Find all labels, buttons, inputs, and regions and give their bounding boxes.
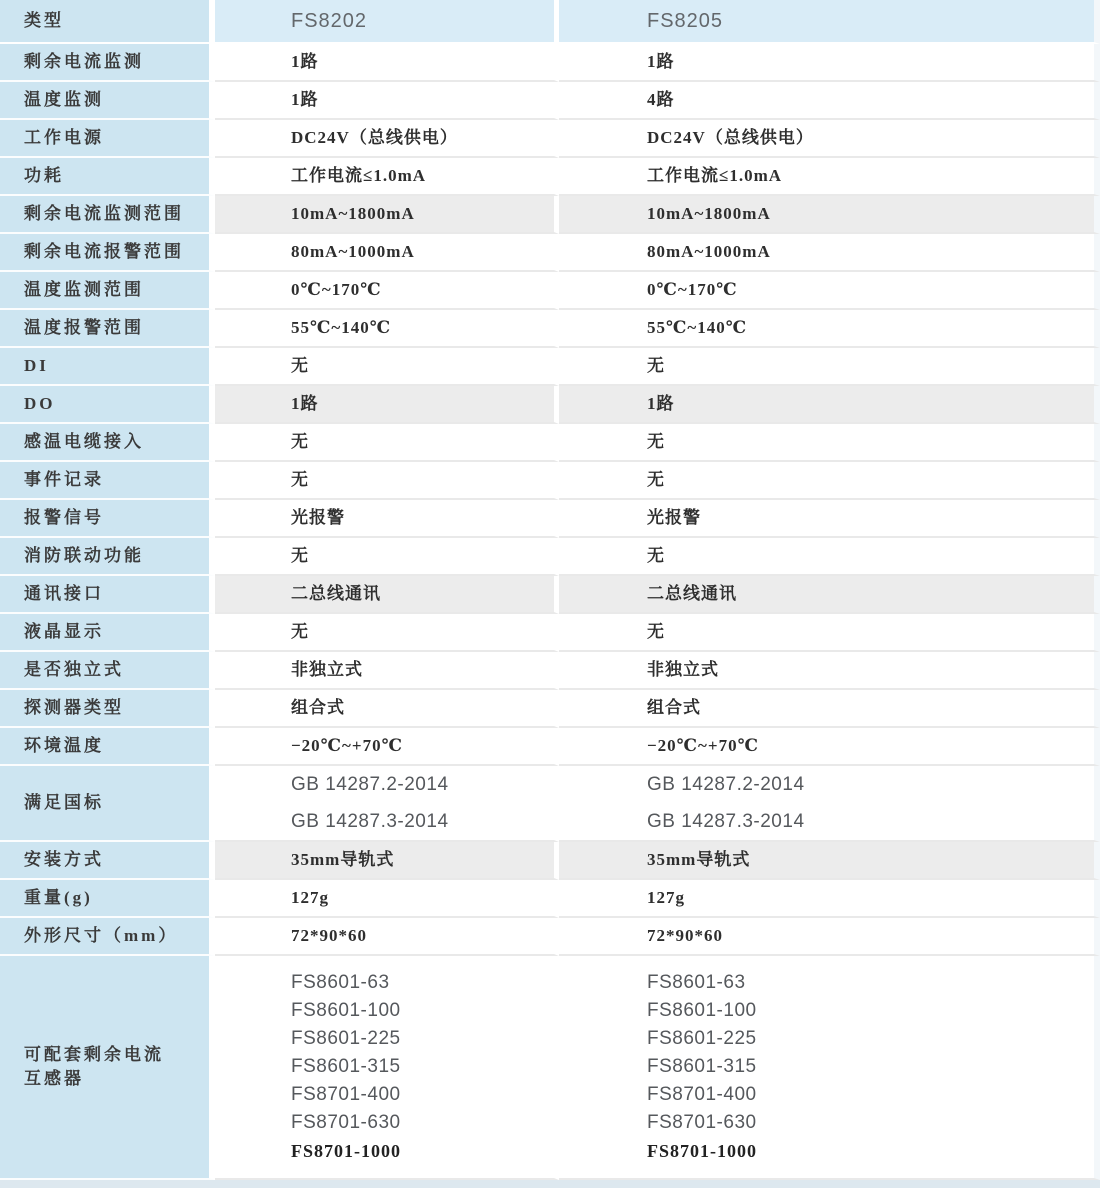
row-label-cell: 通讯接口: [0, 576, 215, 614]
row-label-cell: DI: [0, 348, 215, 386]
cell-fs8205: 72*90*60: [559, 918, 1100, 956]
value-line: 功耗: [24, 164, 209, 188]
value-line: 消防联动功能: [24, 544, 209, 568]
value-line: FS8701-1000: [291, 1137, 554, 1165]
row-label-cell: 液晶显示: [0, 614, 215, 652]
value-line: 无: [291, 544, 554, 568]
cell-fs8205: 非独立式: [559, 652, 1100, 690]
table-row: 温度报警范围55℃~140℃55℃~140℃: [0, 310, 1100, 348]
row-label-cell: 感温电缆接入: [0, 424, 215, 462]
row-label-cell: 消防联动功能: [0, 538, 215, 576]
value-line: 组合式: [647, 696, 1094, 720]
value-line: 探测器类型: [24, 696, 209, 720]
cell-fs8205: −20℃~+70℃: [559, 728, 1100, 766]
value-line: 可配套剩余电流: [24, 1043, 209, 1067]
value-line: 温度监测: [24, 88, 209, 112]
table-row: 探测器类型组合式组合式: [0, 690, 1100, 728]
cell-fs8202: 0℃~170℃: [215, 272, 559, 310]
header-type-cell: 类型: [0, 0, 215, 44]
row-label-cell: 剩余电流报警范围: [0, 234, 215, 272]
row-label-cell: 温度监测范围: [0, 272, 215, 310]
value-line: 二总线通讯: [647, 582, 1094, 606]
row-label-cell: 报警信号: [0, 500, 215, 538]
table-row: 安装方式35mm导轨式35mm导轨式: [0, 842, 1100, 880]
value-line: 1路: [647, 50, 1094, 74]
value-line: GB 14287.2-2014: [647, 766, 1094, 803]
table-row: 重量(g)127g127g: [0, 880, 1100, 918]
cell-fs8202: 1路: [215, 82, 559, 120]
row-label-cell: 探测器类型: [0, 690, 215, 728]
value-line: 无: [647, 354, 1094, 378]
cell-fs8205: 无: [559, 462, 1100, 500]
table-row: 报警信号光报警光报警: [0, 500, 1100, 538]
cell-fs8202: 二总线通讯: [215, 576, 559, 614]
value-line: 事件记录: [24, 468, 209, 492]
spec-table: 类型 FS8202 FS8205 剩余电流监测1路1路温度监测1路4路工作电源D…: [0, 0, 1100, 1188]
value-line: 0℃~170℃: [291, 278, 554, 302]
value-line: FS8601-315: [647, 1053, 1094, 1081]
value-line: 剩余电流监测范围: [24, 202, 209, 226]
cell-fs8202: 55℃~140℃: [215, 310, 559, 348]
value-line: 127g: [291, 886, 554, 910]
value-line: 35mm导轨式: [291, 848, 554, 872]
row-label-cell: 外形尺寸（mm）: [0, 918, 215, 956]
value-line: FS8701-630: [647, 1109, 1094, 1137]
cell-fs8202: 工作电流≤1.0mA: [215, 158, 559, 196]
cell-fs8202: GB 14287.2-2014GB 14287.3-2014: [215, 766, 559, 842]
header-fs8202-label: FS8202: [291, 10, 554, 33]
cell-fs8202: 无: [215, 462, 559, 500]
value-line: 10mA~1800mA: [291, 202, 554, 226]
cell-fs8202: 无: [215, 424, 559, 462]
table-row: 外形尺寸（mm）72*90*6072*90*60: [0, 918, 1100, 956]
cell-fs8205: 80mA~1000mA: [559, 234, 1100, 272]
value-line: 55℃~140℃: [291, 316, 554, 340]
value-line: 二总线通讯: [291, 582, 554, 606]
row-label-cell: 重量(g): [0, 880, 215, 918]
cell-fs8202: 无: [215, 538, 559, 576]
header-fs8205-label: FS8205: [647, 10, 1094, 33]
value-line: 0℃~170℃: [647, 278, 1094, 302]
cell-fs8205: 工作电流≤1.0mA: [559, 158, 1100, 196]
cell-fs8202: 1路: [215, 44, 559, 82]
value-line: GB 14287.3-2014: [291, 803, 554, 840]
value-line: 光报警: [291, 506, 554, 530]
value-line: 72*90*60: [647, 924, 1094, 948]
value-line: 外形尺寸（mm）: [24, 924, 209, 948]
value-line: 满足国标: [24, 791, 209, 815]
row-label-cell: 可配套剩余电流互感器: [0, 956, 215, 1180]
value-line: 1路: [291, 392, 554, 416]
value-line: FS8701-400: [291, 1081, 554, 1109]
cell-fs8205: 无: [559, 348, 1100, 386]
table-row: 通讯接口二总线通讯二总线通讯: [0, 576, 1100, 614]
value-line: 无: [291, 620, 554, 644]
cell-fs8202: FS8601-63FS8601-100FS8601-225FS8601-315F…: [215, 956, 559, 1180]
cell-fs8202: 127g: [215, 880, 559, 918]
cell-fs8205: FS8601-63FS8601-100FS8601-225FS8601-315F…: [559, 956, 1100, 1180]
value-line: 安装方式: [24, 848, 209, 872]
cell-fs8202: 组合式: [215, 690, 559, 728]
value-line: 组合式: [291, 696, 554, 720]
value-line: 无: [647, 468, 1094, 492]
row-label-cell: 剩余电流监测: [0, 44, 215, 82]
table-row: 环境温度−20℃~+70℃−20℃~+70℃: [0, 728, 1100, 766]
table-row: 功耗工作电流≤1.0mA工作电流≤1.0mA: [0, 158, 1100, 196]
table-row: 感温电缆接入无无: [0, 424, 1100, 462]
value-line: FS8701-400: [647, 1081, 1094, 1109]
cell-fs8202: 非独立式: [215, 652, 559, 690]
value-line: FS8601-225: [291, 1025, 554, 1053]
table-row: 事件记录无无: [0, 462, 1100, 500]
value-line: 无: [647, 620, 1094, 644]
value-line: −20℃~+70℃: [647, 734, 1094, 758]
value-line: 1路: [291, 50, 554, 74]
table-row: 液晶显示无无: [0, 614, 1100, 652]
table-row: 剩余电流监测1路1路: [0, 44, 1100, 82]
cell-fs8205: 127g: [559, 880, 1100, 918]
row-label-cell: 功耗: [0, 158, 215, 196]
value-line: GB 14287.2-2014: [291, 766, 554, 803]
value-line: 非独立式: [647, 658, 1094, 682]
cell-fs8205: DC24V（总线供电）: [559, 120, 1100, 158]
cell-fs8205: 55℃~140℃: [559, 310, 1100, 348]
cell-fs8202: 80mA~1000mA: [215, 234, 559, 272]
cell-fs8202: 无: [215, 348, 559, 386]
row-label-cell: 工作电源: [0, 120, 215, 158]
cell-fs8202: −20℃~+70℃: [215, 728, 559, 766]
header-fs8202-cell: FS8202: [215, 0, 559, 44]
value-line: FS8601-63: [647, 969, 1094, 997]
value-line: 10mA~1800mA: [647, 202, 1094, 226]
value-line: 72*90*60: [291, 924, 554, 948]
table-row: DO1路1路: [0, 386, 1100, 424]
cell-fs8205: 0℃~170℃: [559, 272, 1100, 310]
value-line: FS8701-1000: [647, 1137, 1094, 1165]
value-line: 液晶显示: [24, 620, 209, 644]
table-row: 温度监测1路4路: [0, 82, 1100, 120]
value-line: 报警信号: [24, 506, 209, 530]
table-header-row: 类型 FS8202 FS8205: [0, 0, 1100, 44]
table-body: 剩余电流监测1路1路温度监测1路4路工作电源DC24V（总线供电）DC24V（总…: [0, 44, 1100, 1180]
row-label-cell: 温度监测: [0, 82, 215, 120]
cell-fs8205: 无: [559, 538, 1100, 576]
row-label-cell: 剩余电流监测范围: [0, 196, 215, 234]
value-line: 环境温度: [24, 734, 209, 758]
cell-fs8205: 无: [559, 614, 1100, 652]
row-label-cell: 是否独立式: [0, 652, 215, 690]
value-line: 是否独立式: [24, 658, 209, 682]
table-bottom-strip: [0, 1180, 1100, 1188]
header-fs8205-cell: FS8205: [559, 0, 1100, 44]
row-label-cell: 满足国标: [0, 766, 215, 842]
value-line: 温度监测范围: [24, 278, 209, 302]
cell-fs8202: 1路: [215, 386, 559, 424]
value-line: 剩余电流监测: [24, 50, 209, 74]
value-line: 光报警: [647, 506, 1094, 530]
table-row: 消防联动功能无无: [0, 538, 1100, 576]
row-label-cell: 事件记录: [0, 462, 215, 500]
cell-fs8205: 二总线通讯: [559, 576, 1100, 614]
value-line: DI: [24, 354, 209, 378]
value-line: FS8601-225: [647, 1025, 1094, 1053]
cell-fs8202: 72*90*60: [215, 918, 559, 956]
value-line: 无: [291, 468, 554, 492]
row-label-cell: 温度报警范围: [0, 310, 215, 348]
value-line: 127g: [647, 886, 1094, 910]
cell-fs8205: 35mm导轨式: [559, 842, 1100, 880]
cell-fs8205: 光报警: [559, 500, 1100, 538]
value-line: 80mA~1000mA: [291, 240, 554, 264]
value-line: DC24V（总线供电）: [647, 126, 1094, 150]
row-label-cell: DO: [0, 386, 215, 424]
value-line: 非独立式: [291, 658, 554, 682]
value-line: 55℃~140℃: [647, 316, 1094, 340]
value-line: 剩余电流报警范围: [24, 240, 209, 264]
value-line: 无: [291, 430, 554, 454]
header-type-label: 类型: [24, 9, 209, 33]
cell-fs8202: DC24V（总线供电）: [215, 120, 559, 158]
value-line: 4路: [647, 88, 1094, 112]
row-label-cell: 环境温度: [0, 728, 215, 766]
value-line: DC24V（总线供电）: [291, 126, 554, 150]
value-line: FS8601-100: [647, 997, 1094, 1025]
cell-fs8205: 1路: [559, 44, 1100, 82]
value-line: 互感器: [24, 1067, 209, 1091]
table-row: 工作电源DC24V（总线供电）DC24V（总线供电）: [0, 120, 1100, 158]
value-line: FS8601-63: [291, 969, 554, 997]
value-line: DO: [24, 392, 209, 416]
value-line: FS8601-100: [291, 997, 554, 1025]
cell-fs8202: 35mm导轨式: [215, 842, 559, 880]
value-line: 重量(g): [24, 886, 209, 910]
cell-fs8205: 10mA~1800mA: [559, 196, 1100, 234]
value-line: 35mm导轨式: [647, 848, 1094, 872]
cell-fs8202: 无: [215, 614, 559, 652]
row-label-cell: 安装方式: [0, 842, 215, 880]
value-line: 无: [647, 544, 1094, 568]
value-line: FS8701-630: [291, 1109, 554, 1137]
cell-fs8202: 10mA~1800mA: [215, 196, 559, 234]
value-line: 温度报警范围: [24, 316, 209, 340]
value-line: GB 14287.3-2014: [647, 803, 1094, 840]
value-line: 1路: [647, 392, 1094, 416]
value-line: 工作电流≤1.0mA: [647, 164, 1094, 188]
value-line: 工作电流≤1.0mA: [291, 164, 554, 188]
cell-fs8205: 组合式: [559, 690, 1100, 728]
value-line: 80mA~1000mA: [647, 240, 1094, 264]
cell-fs8205: 无: [559, 424, 1100, 462]
cell-fs8205: 4路: [559, 82, 1100, 120]
table-row: 可配套剩余电流互感器FS8601-63FS8601-100FS8601-225F…: [0, 956, 1100, 1180]
table-row: 剩余电流监测范围10mA~1800mA10mA~1800mA: [0, 196, 1100, 234]
table-row: DI无无: [0, 348, 1100, 386]
table-row: 是否独立式非独立式非独立式: [0, 652, 1100, 690]
value-line: 1路: [291, 88, 554, 112]
value-line: 无: [291, 354, 554, 378]
cell-fs8202: 光报警: [215, 500, 559, 538]
value-line: −20℃~+70℃: [291, 734, 554, 758]
value-line: 工作电源: [24, 126, 209, 150]
value-line: 通讯接口: [24, 582, 209, 606]
table-row: 温度监测范围0℃~170℃0℃~170℃: [0, 272, 1100, 310]
value-line: 感温电缆接入: [24, 430, 209, 454]
cell-fs8205: 1路: [559, 386, 1100, 424]
value-line: 无: [647, 430, 1094, 454]
table-row: 剩余电流报警范围80mA~1000mA80mA~1000mA: [0, 234, 1100, 272]
value-line: FS8601-315: [291, 1053, 554, 1081]
table-row: 满足国标GB 14287.2-2014GB 14287.3-2014GB 142…: [0, 766, 1100, 842]
cell-fs8205: GB 14287.2-2014GB 14287.3-2014: [559, 766, 1100, 842]
